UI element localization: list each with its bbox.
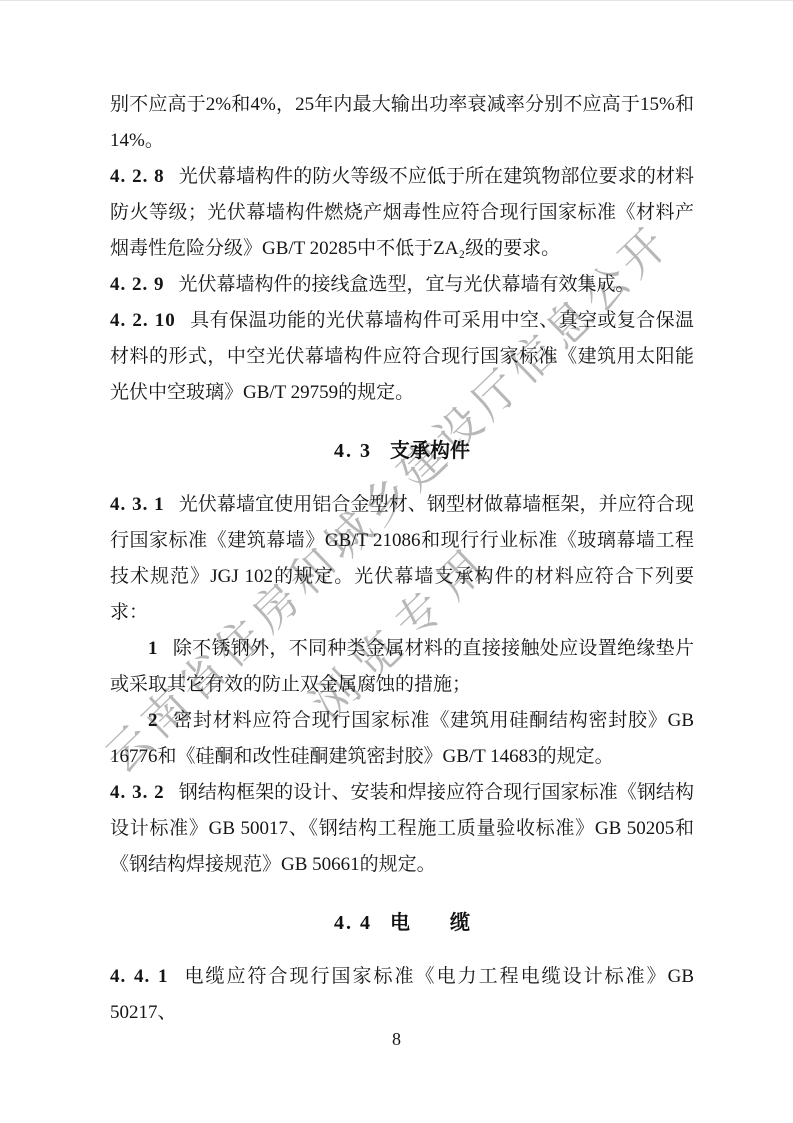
item-number: 2 <box>148 710 159 731</box>
clause-text: 光伏幕墙宜使用铝合金型材、钢型材做幕墙框架，并应符合现行国家标准《建筑幕墙》GB… <box>110 494 694 623</box>
section-title: 支承构件 <box>390 440 470 462</box>
clause-text: 具有保温功能的光伏幕墙构件可采用中空、真空或复合保温材料的形式，中空光伏幕墙构件… <box>110 310 694 403</box>
clause-number: 4. 3. 1 <box>110 494 165 515</box>
clause-number: 4. 2. 9 <box>110 274 165 295</box>
clause-number: 4. 2. 8 <box>110 166 165 187</box>
section-number: 4. 4 <box>334 912 372 934</box>
section-title: 电 缆 <box>390 912 470 934</box>
clause-4-3-1: 4. 3. 1光伏幕墙宜使用铝合金型材、钢型材做幕墙框架，并应符合现行国家标准《… <box>110 487 694 631</box>
clause-text: 钢结构框架的设计、安装和焊接应符合现行国家标准《钢结构设计标准》GB 50017… <box>110 782 694 875</box>
clause-4-4-1: 4. 4. 1电缆应符合现行国家标准《电力工程电缆设计标准》GB 50217、 <box>110 959 694 1031</box>
page-footer: 8 <box>0 1029 793 1050</box>
clause-4-2-10: 4. 2. 10具有保温功能的光伏幕墙构件可采用中空、真空或复合保温材料的形式，… <box>110 303 694 411</box>
clause-4-3-2: 4. 3. 2钢结构框架的设计、安装和焊接应符合现行国家标准《钢结构设计标准》G… <box>110 775 694 883</box>
list-item-2: 2密封材料应符合现行国家标准《建筑用硅酮结构密封胶》GB 16776和《硅酮和改… <box>110 703 694 775</box>
clause-number: 4. 2. 10 <box>110 310 176 331</box>
clause-number: 4. 3. 2 <box>110 782 165 803</box>
paragraph-continuation: 别不应高于2%和4%，25年内最大输出功率衰减率分别不应高于15%和14%。 <box>110 87 694 159</box>
page-content: 别不应高于2%和4%，25年内最大输出功率衰减率分别不应高于15%和14%。 4… <box>110 87 694 1031</box>
clause-4-2-9: 4. 2. 9光伏幕墙构件的接线盒选型，宜与光伏幕墙有效集成。 <box>110 267 694 303</box>
item-text: 密封材料应符合现行国家标准《建筑用硅酮结构密封胶》GB 16776和《硅酮和改性… <box>110 710 694 767</box>
page-number: 8 <box>392 1029 401 1049</box>
section-heading-4-4: 4. 4电 缆 <box>110 905 694 941</box>
document-page: 云南省住房和城乡建设厅信息公开 浏览专用 别不应高于2%和4%，25年内最大输出… <box>0 0 793 1123</box>
section-heading-4-3: 4. 3支承构件 <box>110 433 694 469</box>
clause-text: 电缆应符合现行国家标准《电力工程电缆设计标准》GB 50217、 <box>110 966 694 1023</box>
clause-text: 光伏幕墙构件的接线盒选型，宜与光伏幕墙有效集成。 <box>179 274 635 295</box>
section-number: 4. 3 <box>334 440 372 462</box>
item-number: 1 <box>148 638 159 659</box>
list-item-1: 1除不锈钢外，不同种类金属材料的直接接触处应设置绝缘垫片或采取其它有效的防止双金… <box>110 631 694 703</box>
clause-4-2-8: 4. 2. 8光伏幕墙构件的防火等级不应低于所在建筑物部位要求的材料防火等级；光… <box>110 159 694 267</box>
item-text: 除不锈钢外，不同种类金属材料的直接接触处应设置绝缘垫片或采取其它有效的防止双金属… <box>110 638 694 695</box>
clause-text: 光伏幕墙构件的防火等级不应低于所在建筑物部位要求的材料防火等级；光伏幕墙构件燃烧… <box>110 166 694 259</box>
clause-number: 4. 4. 1 <box>110 966 169 987</box>
